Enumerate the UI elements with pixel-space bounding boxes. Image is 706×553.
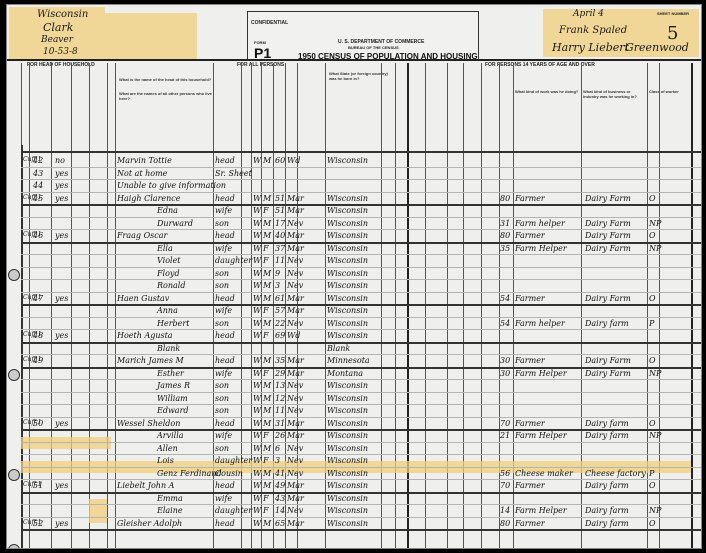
race-cell: W	[253, 519, 261, 528]
industry-cell: Dairy farm	[585, 431, 629, 440]
name-cell: Arvilla	[157, 431, 184, 440]
occupation-cell: Farm Helper	[515, 244, 567, 253]
marital-cell: Mar	[287, 294, 304, 303]
relation-cell: son	[215, 394, 229, 403]
relation-cell: daughter	[215, 256, 252, 265]
birthplace-cell: Wisconsin	[327, 331, 368, 340]
farm-cell: yes	[55, 194, 68, 203]
hours-cell: 30	[500, 369, 510, 378]
sex-cell: M	[263, 519, 271, 528]
race-cell: W	[253, 219, 261, 228]
hours-cell: 14	[500, 506, 510, 515]
age-cell: 43	[275, 494, 285, 503]
class-cell: O	[649, 481, 656, 490]
name-cell: Ronald	[157, 281, 185, 290]
relation-cell: son	[215, 444, 229, 453]
sex-cell: F	[263, 331, 269, 340]
relation-cell: head	[215, 331, 235, 340]
marital-cell: Nev	[287, 381, 303, 390]
age-cell: 51	[275, 194, 285, 203]
table-row: ElainedaughterWF14NevWisconsin14Farm Hel…	[7, 505, 691, 518]
relation-cell: Sr. Sheet	[215, 169, 252, 178]
birthplace-cell: Wisconsin	[327, 231, 368, 240]
name-cell: James R	[157, 381, 190, 390]
table-row: 43yesNot at homeSr. Sheet	[7, 168, 691, 181]
relation-cell: wife	[215, 369, 232, 378]
serial-cell: 43	[33, 169, 43, 178]
sex-cell: M	[263, 219, 271, 228]
industry-cell: Dairy farm	[585, 481, 629, 490]
table-row: Cuff 142noMarvin TottieheadWM60WdWiscons…	[7, 155, 691, 168]
name-cell: Herbert	[157, 319, 189, 328]
marital-cell: Mar	[287, 369, 304, 378]
question-birthplace: What State (or foreign country) was he b…	[329, 71, 393, 81]
table-row: Cuff 147yesHaen GustavheadWM61MarWiscons…	[7, 293, 691, 306]
name-cell: Genz Ferdinand	[157, 469, 222, 478]
race-cell: W	[253, 406, 261, 415]
class-cell: NP	[649, 219, 661, 228]
name-cell: Durward	[157, 219, 193, 228]
race-cell: W	[253, 244, 261, 253]
race-cell: W	[253, 481, 261, 490]
relation-cell: wife	[215, 306, 232, 315]
name-cell: Wessel Sheldon	[117, 419, 180, 428]
occupation-cell: Farmer	[515, 231, 545, 240]
birthplace-cell: Wisconsin	[327, 394, 368, 403]
sex-cell: M	[263, 281, 271, 290]
table-row: EstherwifeWF29MarMontana30Farm HelperDai…	[7, 368, 691, 381]
age-cell: 3	[275, 281, 280, 290]
name-cell: Elaine	[157, 506, 183, 515]
industry-cell: Dairy farm	[585, 519, 629, 528]
name-cell: Unable to give information	[117, 181, 226, 190]
marital-cell: Wd	[287, 331, 300, 340]
race-cell: W	[253, 256, 261, 265]
birthplace-cell: Wisconsin	[327, 194, 368, 203]
age-cell: 61	[275, 294, 285, 303]
race-cell: W	[253, 394, 261, 403]
question-work: What kind of work was he doing?	[515, 89, 581, 94]
name-cell: Blank	[157, 344, 180, 353]
question-business: What kind of business or industry was he…	[583, 89, 645, 99]
hours-cell: 70	[500, 419, 510, 428]
marital-cell: Mar	[287, 194, 304, 203]
race-cell: W	[253, 269, 261, 278]
sex-cell: M	[263, 419, 271, 428]
occupation-cell: Cheese maker	[515, 469, 573, 478]
marital-cell: Nev	[287, 319, 303, 328]
occupation-cell: Farmer	[515, 481, 545, 490]
header-mid-highlight	[105, 13, 197, 59]
marital-cell: Mar	[287, 244, 304, 253]
relation-cell: son	[215, 269, 229, 278]
name-cell: Hoeth Agusta	[117, 331, 173, 340]
table-row: Genz FerdinandCousinWM41NevWisconsin56Ch…	[7, 468, 691, 481]
hours-cell: 31	[500, 219, 510, 228]
relation-cell: wife	[215, 206, 232, 215]
race-cell: W	[253, 206, 261, 215]
farm-cell: yes	[55, 294, 68, 303]
class-cell: O	[649, 294, 656, 303]
sex-cell: F	[263, 431, 269, 440]
birthplace-cell: Wisconsin	[327, 319, 368, 328]
birthplace-cell: Wisconsin	[327, 306, 368, 315]
birthplace-cell: Wisconsin	[327, 481, 368, 490]
occupation-cell: Farmer	[515, 356, 545, 365]
birthplace-cell: Wisconsin	[327, 219, 368, 228]
hours-cell: 35	[500, 244, 510, 253]
race-cell: W	[253, 231, 261, 240]
confidential-label: CONFIDENTIAL	[251, 20, 288, 26]
place-name: Greenwood	[625, 41, 689, 54]
race-cell: W	[253, 156, 261, 165]
table-row: Cuff 145yesHaigh ClarenceheadWM51MarWisc…	[7, 193, 691, 206]
name-cell: Not at home	[117, 169, 167, 178]
industry-cell: Dairy Farm	[585, 231, 631, 240]
birthplace-cell: Minnesota	[327, 356, 370, 365]
occupation-cell: Farm Helper	[515, 431, 567, 440]
marital-cell: Mar	[287, 481, 304, 490]
race-cell: W	[253, 194, 261, 203]
serial-cell: 47	[33, 294, 43, 303]
industry-cell: Dairy farm	[585, 419, 629, 428]
relation-cell: wife	[215, 431, 232, 440]
sex-cell: M	[263, 356, 271, 365]
race-cell: W	[253, 331, 261, 340]
relation-cell: head	[215, 481, 235, 490]
hours-cell: 54	[500, 319, 510, 328]
birthplace-cell: Wisconsin	[327, 469, 368, 478]
table-row: LoisdaughterWF3NevWisconsin	[7, 455, 691, 468]
body-top-divider	[21, 151, 701, 153]
name-cell: Haigh Clarence	[117, 194, 181, 203]
sex-cell: F	[263, 306, 269, 315]
industry-cell: Dairy Farm	[585, 356, 631, 365]
race-cell: W	[253, 419, 261, 428]
occupation-cell: Farm Helper	[515, 369, 567, 378]
sex-cell: M	[263, 156, 271, 165]
birthplace-cell: Wisconsin	[327, 281, 368, 290]
industry-cell: Dairy Farm	[585, 194, 631, 203]
relation-cell: son	[215, 319, 229, 328]
supervisor-name: Frank Spaled	[559, 25, 627, 36]
name-cell: Marvin Tottie	[117, 156, 172, 165]
sex-cell: M	[263, 444, 271, 453]
table-row: FloydsonWM9NevWisconsin	[7, 268, 691, 281]
birthplace-cell: Wisconsin	[327, 494, 368, 503]
industry-cell: Dairy Farm	[585, 219, 631, 228]
relation-cell: son	[215, 281, 229, 290]
age-cell: 14	[275, 506, 285, 515]
serial-cell: 50	[33, 419, 43, 428]
marital-cell: Nev	[287, 281, 303, 290]
birthplace-cell: Wisconsin	[327, 406, 368, 415]
table-row: RonaldsonWM3NevWisconsin	[7, 280, 691, 293]
class-cell: NP	[649, 244, 661, 253]
age-cell: 37	[275, 244, 285, 253]
marital-cell: Nev	[287, 444, 303, 453]
occupation-cell: Farmer	[515, 419, 545, 428]
sex-cell: F	[263, 244, 269, 253]
serial-cell: 48	[33, 331, 43, 340]
enumerator-name: Harry Liebert	[552, 41, 629, 54]
class-cell: P	[649, 319, 654, 328]
name-cell: Floyd	[157, 269, 180, 278]
relation-cell: head	[215, 356, 235, 365]
birthplace-cell: Wisconsin	[327, 294, 368, 303]
farm-cell: yes	[55, 419, 68, 428]
race-cell: W	[253, 294, 261, 303]
name-cell: Allen	[157, 444, 178, 453]
farm-cell: yes	[55, 481, 68, 490]
age-cell: 40	[275, 231, 285, 240]
table-row: Cuff 150yesWessel SheldonheadWM31MarWisc…	[7, 418, 691, 431]
age-cell: 3	[275, 456, 280, 465]
farm-cell: yes	[55, 519, 68, 528]
name-cell: Marich James M	[117, 356, 184, 365]
age-cell: 57	[275, 306, 285, 315]
industry-cell: Dairy farm	[585, 319, 629, 328]
birthplace-cell: Montana	[327, 369, 363, 378]
sex-cell: M	[263, 469, 271, 478]
class-cell: O	[649, 519, 656, 528]
table-row: EdwardsonWM11NevWisconsin	[7, 405, 691, 418]
race-cell: W	[253, 494, 261, 503]
birthplace-cell: Wisconsin	[327, 519, 368, 528]
sex-cell: M	[263, 319, 271, 328]
sex-cell: M	[263, 394, 271, 403]
occupation-cell: Farmer	[515, 519, 545, 528]
race-cell: W	[253, 319, 261, 328]
race-cell: W	[253, 456, 261, 465]
name-cell: Lois	[157, 456, 174, 465]
table-row: DurwardsonWM17NevWisconsin31Farm helperD…	[7, 218, 691, 231]
race-cell: W	[253, 506, 261, 515]
age-cell: 9	[275, 269, 280, 278]
marital-cell: Nev	[287, 406, 303, 415]
sheet-number: 5	[667, 23, 678, 44]
race-cell: W	[253, 369, 261, 378]
class-cell: NP	[649, 369, 661, 378]
sex-cell: M	[263, 231, 271, 240]
table-row: AnnawifeWF57MarWisconsin	[7, 305, 691, 318]
county-value: Clark	[43, 21, 73, 34]
age-cell: 13	[275, 381, 285, 390]
table-row: HerbertsonWM22NevWisconsin54Farm helperD…	[7, 318, 691, 331]
class-cell: P	[649, 469, 654, 478]
industry-cell: Dairy Farm	[585, 294, 631, 303]
marital-cell: Nev	[287, 269, 303, 278]
marital-cell: Nev	[287, 219, 303, 228]
marital-cell: Nev	[287, 506, 303, 515]
relation-cell: son	[215, 406, 229, 415]
sex-cell: M	[263, 269, 271, 278]
serial-cell: 42	[33, 156, 43, 165]
hours-cell: 80	[500, 519, 510, 528]
table-row: Cuff 152yesGleisher AdolphheadWM65MarWis…	[7, 518, 691, 531]
age-cell: 65	[275, 519, 285, 528]
age-cell: 29	[275, 369, 285, 378]
marital-cell: Nev	[287, 256, 303, 265]
sex-cell: M	[263, 381, 271, 390]
serial-cell: 51	[33, 481, 43, 490]
race-cell: W	[253, 281, 261, 290]
marital-cell: Mar	[287, 419, 304, 428]
sex-cell: F	[263, 256, 269, 265]
hours-cell: 80	[500, 231, 510, 240]
hours-cell: 56	[500, 469, 510, 478]
sex-cell: F	[263, 494, 269, 503]
relation-cell: son	[215, 381, 229, 390]
question-name: What is the name of the head of this hou…	[119, 77, 219, 82]
class-cell: O	[649, 231, 656, 240]
table-row: Cuff 149Marich James MheadWM35MarMinneso…	[7, 355, 691, 368]
occupation-cell: Farmer	[515, 194, 545, 203]
age-cell: 11	[275, 256, 285, 265]
relation-cell: head	[215, 194, 235, 203]
table-row: EmmawifeWF43MarWisconsin	[7, 493, 691, 506]
sex-cell: F	[263, 456, 269, 465]
sheet-number-label: SHEET NUMBER	[657, 11, 689, 16]
relation-cell: head	[215, 156, 235, 165]
name-cell: William	[157, 394, 188, 403]
table-row: 44yesUnable to give information	[7, 180, 691, 193]
question-others: What are the names of all other persons …	[119, 91, 219, 101]
hours-cell: 80	[500, 194, 510, 203]
sex-cell: F	[263, 506, 269, 515]
serial-cell: 44	[33, 181, 43, 190]
bureau-label: BUREAU OF THE CENSUS	[348, 45, 399, 50]
class-cell: NP	[649, 431, 661, 440]
marital-cell: Mar	[287, 231, 304, 240]
race-cell: W	[253, 469, 261, 478]
marital-cell: Wd	[287, 156, 300, 165]
birthplace-cell: Wisconsin	[327, 431, 368, 440]
age-cell: 17	[275, 219, 285, 228]
township-value: Beaver	[41, 35, 73, 45]
marital-cell: Nev	[287, 394, 303, 403]
title-block: CONFIDENTIAL FORM P1 U. S. DEPARTMENT OF…	[247, 11, 479, 61]
state-value: Wisconsin	[37, 9, 88, 20]
relation-cell: head	[215, 294, 235, 303]
birthplace-cell: Wisconsin	[327, 269, 368, 278]
birthplace-cell: Wisconsin	[327, 381, 368, 390]
occupation-cell: Farmer	[515, 294, 545, 303]
enumeration-date: April 4	[573, 9, 604, 19]
industry-cell: Dairy Farm	[585, 369, 631, 378]
name-cell: Ella	[157, 244, 173, 253]
relation-cell: daughter	[215, 456, 252, 465]
birthplace-cell: Wisconsin	[327, 506, 368, 515]
sex-cell: M	[263, 481, 271, 490]
name-cell: Anna	[157, 306, 178, 315]
marital-cell: Nev	[287, 469, 303, 478]
name-cell: Fraag Oscar	[117, 231, 167, 240]
birthplace-cell: Wisconsin	[327, 156, 368, 165]
table-row: ArvillawifeWF26MarWisconsin21Farm Helper…	[7, 430, 691, 443]
table-row: VioletdaughterWF11NevWisconsin	[7, 255, 691, 268]
section-14plus-label: FOR PERSONS 14 YEARS OF AGE AND OVER	[485, 62, 595, 68]
serial-cell: 49	[33, 356, 43, 365]
farm-cell: yes	[55, 169, 68, 178]
table-row: Cuff 151yesLiebelt John AheadWM49MarWisc…	[7, 480, 691, 493]
hours-cell: 54	[500, 294, 510, 303]
serial-cell: 52	[33, 519, 43, 528]
name-cell: Violet	[157, 256, 181, 265]
industry-cell: Dairy farm	[585, 506, 629, 515]
name-cell: Edna	[157, 206, 178, 215]
table-row: AllensonWM6NevWisconsin	[7, 443, 691, 456]
serial-cell: 46	[33, 231, 43, 240]
age-cell: 11	[275, 406, 285, 415]
table-row: Cuff 146yesFraag OscarheadWM40MarWiscons…	[7, 230, 691, 243]
farm-cell: yes	[55, 181, 68, 190]
birthplace-cell: Wisconsin	[327, 444, 368, 453]
birthplace-cell: Wisconsin	[327, 206, 368, 215]
marital-cell: Mar	[287, 306, 304, 315]
birthplace-cell: Wisconsin	[327, 456, 368, 465]
name-cell: Haen Gustav	[117, 294, 169, 303]
age-cell: 60	[275, 156, 285, 165]
relation-cell: head	[215, 231, 235, 240]
occupation-cell: Farm helper	[515, 319, 565, 328]
hours-cell: 30	[500, 356, 510, 365]
ed-number-value: 10-53-8	[43, 47, 78, 57]
question-class: Class of worker	[649, 89, 697, 94]
occupation-cell: Farm Helper	[515, 506, 567, 515]
class-cell: O	[649, 194, 656, 203]
name-cell: Gleisher Adolph	[117, 519, 182, 528]
age-cell: 69	[275, 331, 285, 340]
industry-cell: Cheese factory	[585, 469, 646, 478]
industry-cell: Dairy Farm	[585, 244, 631, 253]
class-cell: O	[649, 419, 656, 428]
marital-cell: Mar	[287, 431, 304, 440]
birthplace-cell: Wisconsin	[327, 244, 368, 253]
birthplace-cell: Wisconsin	[327, 419, 368, 428]
age-cell: 12	[275, 394, 285, 403]
birthplace-cell: Wisconsin	[327, 256, 368, 265]
relation-cell: daughter	[215, 506, 252, 515]
age-cell: 6	[275, 444, 280, 453]
name-cell: Emma	[157, 494, 183, 503]
race-cell: W	[253, 444, 261, 453]
sex-cell: F	[263, 369, 269, 378]
marital-cell: Mar	[287, 356, 304, 365]
relation-cell: head	[215, 519, 235, 528]
age-cell: 41	[275, 469, 285, 478]
marital-cell: Mar	[287, 494, 304, 503]
relation-cell: son	[215, 219, 229, 228]
relation-cell: wife	[215, 244, 232, 253]
name-cell: Esther	[157, 369, 184, 378]
occupation-cell: Farm helper	[515, 219, 565, 228]
name-cell: Liebelt John A	[117, 481, 174, 490]
age-cell: 31	[275, 419, 285, 428]
age-cell: 22	[275, 319, 285, 328]
age-cell: 49	[275, 481, 285, 490]
marital-cell: Mar	[287, 206, 304, 215]
census-sheet: Wisconsin Clark Beaver 10-53-8 CONFIDENT…	[6, 4, 702, 549]
age-cell: 26	[275, 431, 285, 440]
birthplace-cell: Blank	[327, 344, 350, 353]
farm-cell: yes	[55, 231, 68, 240]
sex-cell: M	[263, 194, 271, 203]
name-cell: Edward	[157, 406, 189, 415]
sample-line-marker-icon	[8, 544, 20, 549]
hours-cell: 21	[500, 431, 510, 440]
class-cell: O	[649, 356, 656, 365]
